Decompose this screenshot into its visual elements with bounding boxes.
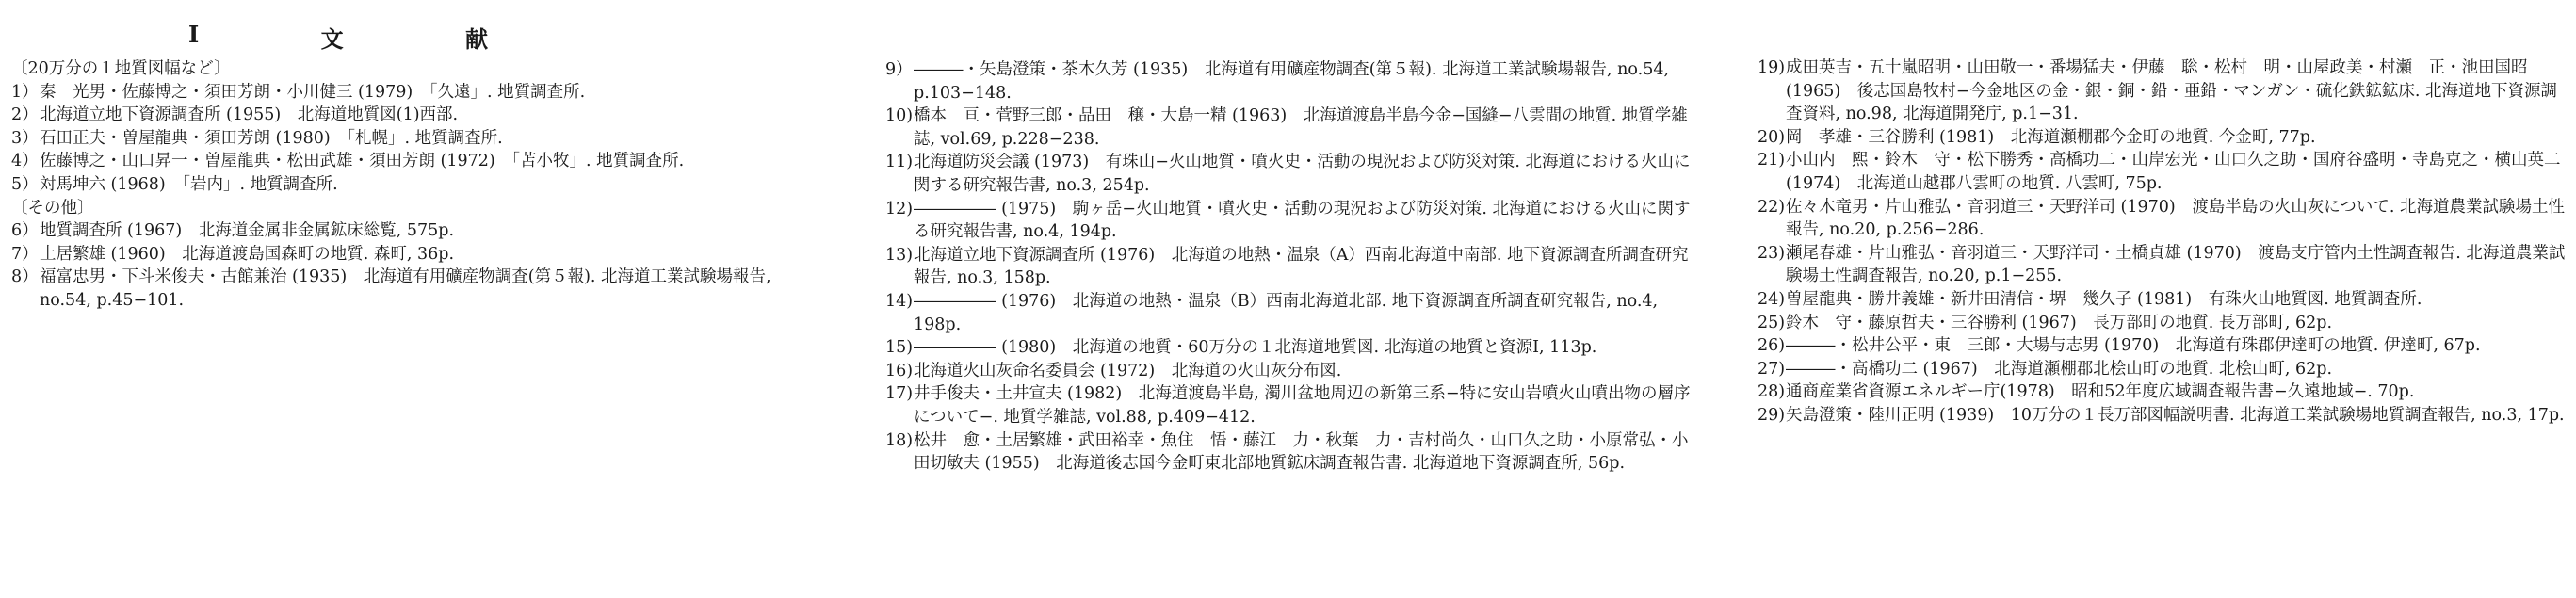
references-column-3: 19)成田英吉・五十嵐昭明・山田敬一・番場猛夫・伊藤 聡・松村 明・山屋政美・村…	[1758, 57, 2568, 428]
reference-item: 26)―――・松井公平・東 三郎・大場与志男 (1970) 北海道有珠郡伊達町の…	[1758, 334, 2568, 358]
reference-item: 20)岡 孝雄・三谷勝利 (1981) 北海道瀬棚郡今金町の地質. 今金町, 7…	[1758, 126, 2568, 150]
reference-text: 井手俊夫・土井宣夫 (1982) 北海道渡島半島, 濁川盆地周辺の新第三系−特に…	[914, 384, 1691, 427]
reference-item: 10)橋本 亘・菅野三郎・品田 穣・大島一精 (1963) 北海道渡島半島今金−…	[885, 105, 1695, 151]
reference-number: 26)	[1758, 334, 1786, 358]
reference-item: 17)井手俊夫・土井宣夫 (1982) 北海道渡島半島, 濁川盆地周辺の新第三系…	[885, 382, 1695, 428]
title-char-1: 文	[321, 21, 346, 54]
reference-text: ――――― (1980) 北海道の地質・60万分の１北海道地質図. 北海道の地質…	[914, 338, 1596, 357]
reference-number: 7）	[11, 243, 40, 267]
reference-text: 佐藤博之・山口昇一・曽屋龍典・松田武雄・須田芳朗 (1972) 「苫小牧」. 地…	[40, 152, 684, 170]
reference-number: 28)	[1758, 380, 1786, 404]
reference-number: 27)	[1758, 358, 1786, 381]
reference-number: 18)	[885, 429, 914, 453]
reference-number: 25)	[1758, 312, 1786, 335]
reference-item: 16)北海道火山灰命名委員会 (1972) 北海道の火山灰分布図.	[885, 360, 1695, 383]
section-heading-others: 〔その他〕	[11, 197, 850, 220]
reference-text: 石田正夫・曽屋龍典・須田芳朗 (1980) 「札幌」. 地質調査所.	[40, 129, 503, 148]
reference-item: 15)――――― (1980) 北海道の地質・60万分の１北海道地質図. 北海道…	[885, 336, 1695, 360]
reference-item: 8）福富忠男・下斗米俊夫・古館兼治 (1935) 北海道有用礦産物調査(第５報)…	[11, 266, 793, 312]
reference-number: 11)	[885, 151, 914, 174]
reference-number: 21)	[1758, 149, 1786, 172]
reference-number: 16)	[885, 360, 914, 383]
reference-item: 13)北海道立地下資源調査所 (1976) 北海道の地熱・温泉（A）西南北海道中…	[885, 244, 1695, 290]
reference-number: 13)	[885, 244, 914, 267]
reference-number: 2）	[11, 104, 40, 127]
reference-text: 福富忠男・下斗米俊夫・古館兼治 (1935) 北海道有用礦産物調査(第５報). …	[40, 267, 771, 310]
reference-number: 20)	[1758, 126, 1786, 150]
reference-number: 10)	[885, 105, 914, 128]
reference-item: 3）石田正夫・曽屋龍典・須田芳朗 (1980) 「札幌」. 地質調査所.	[11, 127, 850, 151]
reference-number: 14)	[885, 290, 914, 314]
reference-text: ――――― (1975) 駒ヶ岳−火山地質・噴火史・活動の現況および防災対策. …	[914, 200, 1691, 242]
reference-number: 15)	[885, 336, 914, 360]
reference-item: 27)―――・高橋功二 (1967) 北海道瀬棚郡北桧山町の地質. 北桧山町, …	[1758, 358, 2568, 381]
reference-number: 3）	[11, 127, 40, 151]
reference-item: 23)瀬尾春雄・片山雅弘・音羽道三・天野洋司・土橋貞雄 (1970) 渡島支庁管…	[1758, 242, 2568, 288]
reference-text: 曽屋龍典・勝井義雄・新井田清信・堺 幾久子 (1981) 有珠火山地質図. 地質…	[1786, 290, 2422, 309]
reference-number: 24)	[1758, 288, 1786, 312]
reference-item: 21)小山内 熙・鈴木 守・松下勝秀・高橋功二・山岸宏光・山口久之助・国府谷盛明…	[1758, 149, 2568, 195]
reference-text: 成田英吉・五十嵐昭明・山田敬一・番場猛夫・伊藤 聡・松村 明・山屋政美・村瀬 正…	[1786, 58, 2557, 123]
reference-text: 対馬坤六 (1968) 「岩内」. 地質調査所.	[40, 175, 338, 194]
reference-number: 5）	[11, 173, 40, 197]
title-numeral: I	[188, 21, 201, 54]
reference-item: 7）土居繁雄 (1960) 北海道渡島国森町の地質. 森町, 36p.	[11, 243, 850, 267]
reference-text: ―――・高橋功二 (1967) 北海道瀬棚郡北桧山町の地質. 北桧山町, 62p…	[1786, 360, 2332, 379]
reference-item: 9）―――・矢島澄策・茶木久芳 (1935) 北海道有用礦産物調査(第５報). …	[885, 58, 1695, 105]
reference-number: 17)	[885, 382, 914, 406]
title-char-2: 献	[465, 21, 490, 54]
reference-number: 29)	[1758, 404, 1786, 428]
reference-text: 小山内 熙・鈴木 守・松下勝秀・高橋功二・山岸宏光・山口久之助・国府谷盛明・寺島…	[1786, 151, 2561, 193]
reference-text: 橋本 亘・菅野三郎・品田 穣・大島一精 (1963) 北海道渡島半島今金−国縫−…	[914, 106, 1688, 149]
reference-number: 9）	[885, 58, 914, 82]
reference-text: 北海道火山灰命名委員会 (1972) 北海道の火山灰分布図.	[914, 362, 1341, 380]
reference-item: 29)矢島澄策・陸川正明 (1939) 10万分の１長万部図幅説明書. 北海道工…	[1758, 404, 2568, 428]
reference-text: 岡 孝雄・三谷勝利 (1981) 北海道瀬棚郡今金町の地質. 今金町, 77p.	[1786, 128, 2316, 147]
reference-item: 22)佐々木竜男・片山雅弘・音羽道三・天野洋司 (1970) 渡島半島の火山灰に…	[1758, 196, 2568, 242]
reference-number: 19)	[1758, 57, 1786, 80]
reference-item: 5）対馬坤六 (1968) 「岩内」. 地質調査所.	[11, 173, 850, 197]
reference-number: 22)	[1758, 196, 1786, 219]
reference-text: 秦 光男・佐藤博之・須田芳朗・小川健三 (1979) 「久遠」. 地質調査所.	[40, 83, 585, 102]
reference-text: 松井 愈・土居繁雄・武田裕幸・魚住 悟・藤江 力・秋葉 力・吉村尚久・山口久之助…	[914, 431, 1689, 474]
page-title: I 文 献	[188, 21, 490, 54]
reference-text: 鈴木 守・藤原哲夫・三谷勝利 (1967) 長万部町の地質. 長万部町, 62p…	[1786, 314, 2332, 332]
reference-number: 4）	[11, 150, 40, 173]
reference-text: ―――・矢島澄策・茶木久芳 (1935) 北海道有用礦産物調査(第５報). 北海…	[914, 60, 1669, 103]
reference-text: ――――― (1976) 北海道の地熱・温泉（B）西南北海道北部. 地下資源調査…	[914, 292, 1658, 334]
reference-text: 北海道防災会議 (1973) 有珠山−火山地質・噴火史・活動の現況および防災対策…	[914, 153, 1691, 195]
reference-text: 地質調査所 (1967) 北海道金属非金属鉱床総覧, 575p.	[40, 221, 454, 240]
reference-item: 18)松井 愈・土居繁雄・武田裕幸・魚住 悟・藤江 力・秋葉 力・吉村尚久・山口…	[885, 429, 1695, 476]
reference-text: ―――・松井公平・東 三郎・大場与志男 (1970) 北海道有珠郡伊達町の地質.…	[1786, 336, 2481, 355]
reference-number: 6）	[11, 219, 40, 243]
reference-text: 佐々木竜男・片山雅弘・音羽道三・天野洋司 (1970) 渡島半島の火山灰について…	[1786, 198, 2565, 240]
reference-item: 1）秦 光男・佐藤博之・須田芳朗・小川健三 (1979) 「久遠」. 地質調査所…	[11, 81, 850, 105]
reference-number: 23)	[1758, 242, 1786, 266]
references-column-2: 9）―――・矢島澄策・茶木久芳 (1935) 北海道有用礦産物調査(第５報). …	[885, 58, 1695, 476]
reference-item: 25)鈴木 守・藤原哲夫・三谷勝利 (1967) 長万部町の地質. 長万部町, …	[1758, 312, 2568, 335]
reference-item: 19)成田英吉・五十嵐昭明・山田敬一・番場猛夫・伊藤 聡・松村 明・山屋政美・村…	[1758, 57, 2568, 126]
reference-text: 通商産業省資源エネルギー庁(1978) 昭和52年度広域調査報告書−久遠地域−.…	[1786, 382, 2414, 401]
reference-item: 24)曽屋龍典・勝井義雄・新井田清信・堺 幾久子 (1981) 有珠火山地質図.…	[1758, 288, 2568, 312]
reference-text: 北海道立地下資源調査所 (1976) 北海道の地熱・温泉（A）西南北海道中南部.…	[914, 246, 1689, 288]
reference-item: 2）北海道立地下資源調査所 (1955) 北海道地質図(1)西部.	[11, 104, 850, 127]
reference-item: 12)――――― (1975) 駒ヶ岳−火山地質・噴火史・活動の現況および防災対…	[885, 198, 1695, 244]
reference-text: 矢島澄策・陸川正明 (1939) 10万分の１長万部図幅説明書. 北海道工業試験…	[1786, 406, 2565, 425]
reference-item: 11)北海道防災会議 (1973) 有珠山−火山地質・噴火史・活動の現況および防…	[885, 151, 1695, 197]
reference-item: 4）佐藤博之・山口昇一・曽屋龍典・松田武雄・須田芳朗 (1972) 「苫小牧」.…	[11, 150, 850, 173]
reference-text: 北海道立地下資源調査所 (1955) 北海道地質図(1)西部.	[40, 105, 458, 124]
section-heading-geologic-maps: 〔20万分の１地質図幅など〕	[11, 57, 850, 81]
reference-item: 28)通商産業省資源エネルギー庁(1978) 昭和52年度広域調査報告書−久遠地…	[1758, 380, 2568, 404]
reference-text: 土居繁雄 (1960) 北海道渡島国森町の地質. 森町, 36p.	[40, 245, 454, 264]
reference-text: 瀬尾春雄・片山雅弘・音羽道三・天野洋司・土橋貞雄 (1970) 渡島支庁管内土性…	[1786, 244, 2565, 286]
reference-item: 6）地質調査所 (1967) 北海道金属非金属鉱床総覧, 575p.	[11, 219, 850, 243]
reference-number: 8）	[11, 266, 40, 289]
reference-number: 1）	[11, 81, 40, 105]
reference-item: 14)――――― (1976) 北海道の地熱・温泉（B）西南北海道北部. 地下資…	[885, 290, 1695, 336]
reference-number: 12)	[885, 198, 914, 221]
references-column-1: 〔20万分の１地質図幅など〕 1）秦 光男・佐藤博之・須田芳朗・小川健三 (19…	[11, 57, 850, 313]
